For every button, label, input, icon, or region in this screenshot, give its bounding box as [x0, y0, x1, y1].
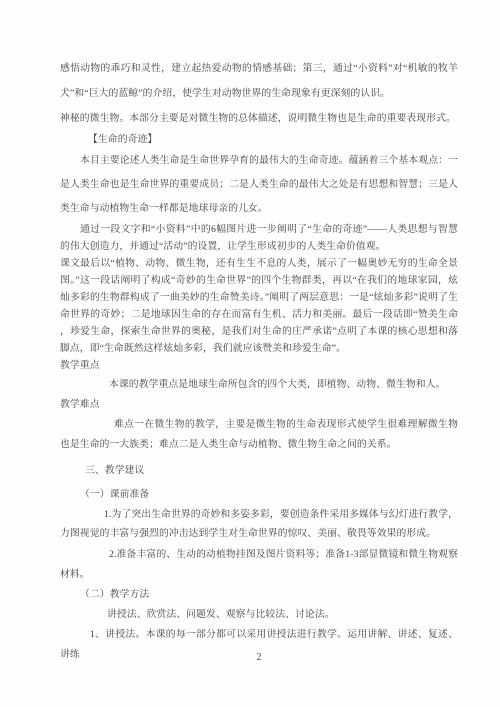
- paragraph-preparation-item-1: 1.为了突出生命世界的奇妙和多姿多彩，要创造条件采用多媒体与幻灯进行教学，力图视…: [60, 505, 458, 543]
- page-number: 2: [60, 652, 458, 663]
- heading-teaching-suggestions: 三、教学建议: [60, 461, 458, 481]
- document-body: 感悟动物的乖巧和灵性，建立起热爱动物的情感基础；第三，通过“小资料”对“机敏的牧…: [60, 56, 458, 665]
- paragraph-teaching-focus-body: 本课的教学重点是地球生命所包含的四个大类，即植物、动物、微生物和人。: [60, 375, 458, 395]
- heading-class-preparation: （一）课前准备: [60, 485, 458, 505]
- paragraph-methods-list: 讲授法、欣赏法、问题发、观察与比较法、讨论法。: [60, 605, 458, 625]
- paragraph-three-viewpoints: 本目主要论述人类生命是生命世界孕育的最伟大的生命奇迹。蕴涵着三个基本观点：一是人…: [60, 149, 458, 221]
- paragraph-preparation-item-2: 2.准备丰富的、生动的动植物挂图及图片资料等；准备1-3部显微镜和微生物观察材料…: [60, 545, 458, 585]
- heading-teaching-methods: （二）教学方法: [60, 585, 458, 605]
- paragraph-text-conclusion: 课文最后以“植物、动物、微生物，还有生生不息的人类，展示了一幅奥妙无穷的生命全景…: [60, 255, 458, 357]
- heading-teaching-focus: 教学重点: [60, 357, 458, 375]
- paragraph-continuation-animals: 感悟动物的乖巧和灵性，建立起热爱动物的情感基础；第三，通过“小资料”对“机敏的牧…: [60, 56, 458, 106]
- document-page: 感悟动物的乖巧和灵性，建立起热爱动物的情感基础；第三，通过“小资料”对“机敏的牧…: [0, 0, 500, 707]
- subtitle-miracle-of-life: 【生命的奇迹】: [60, 131, 458, 149]
- paragraph-difficulty-body: 难点一在微生物的教学，主要是微生物的生命表现形式使学生很难理解微生物也是生命的一…: [60, 415, 458, 455]
- heading-teaching-difficulty: 教学难点: [60, 395, 458, 415]
- paragraph-microorganisms: 神秘的微生物。本部分主要是对微生物的总体描述，说明微生物也是生命的重要表现形式。: [60, 106, 458, 131]
- paragraph-six-pictures: 通过一段文字和“小资料”中的6幅图片进一步阐明了“生命的奇迹”——人类思想与智慧…: [60, 221, 458, 255]
